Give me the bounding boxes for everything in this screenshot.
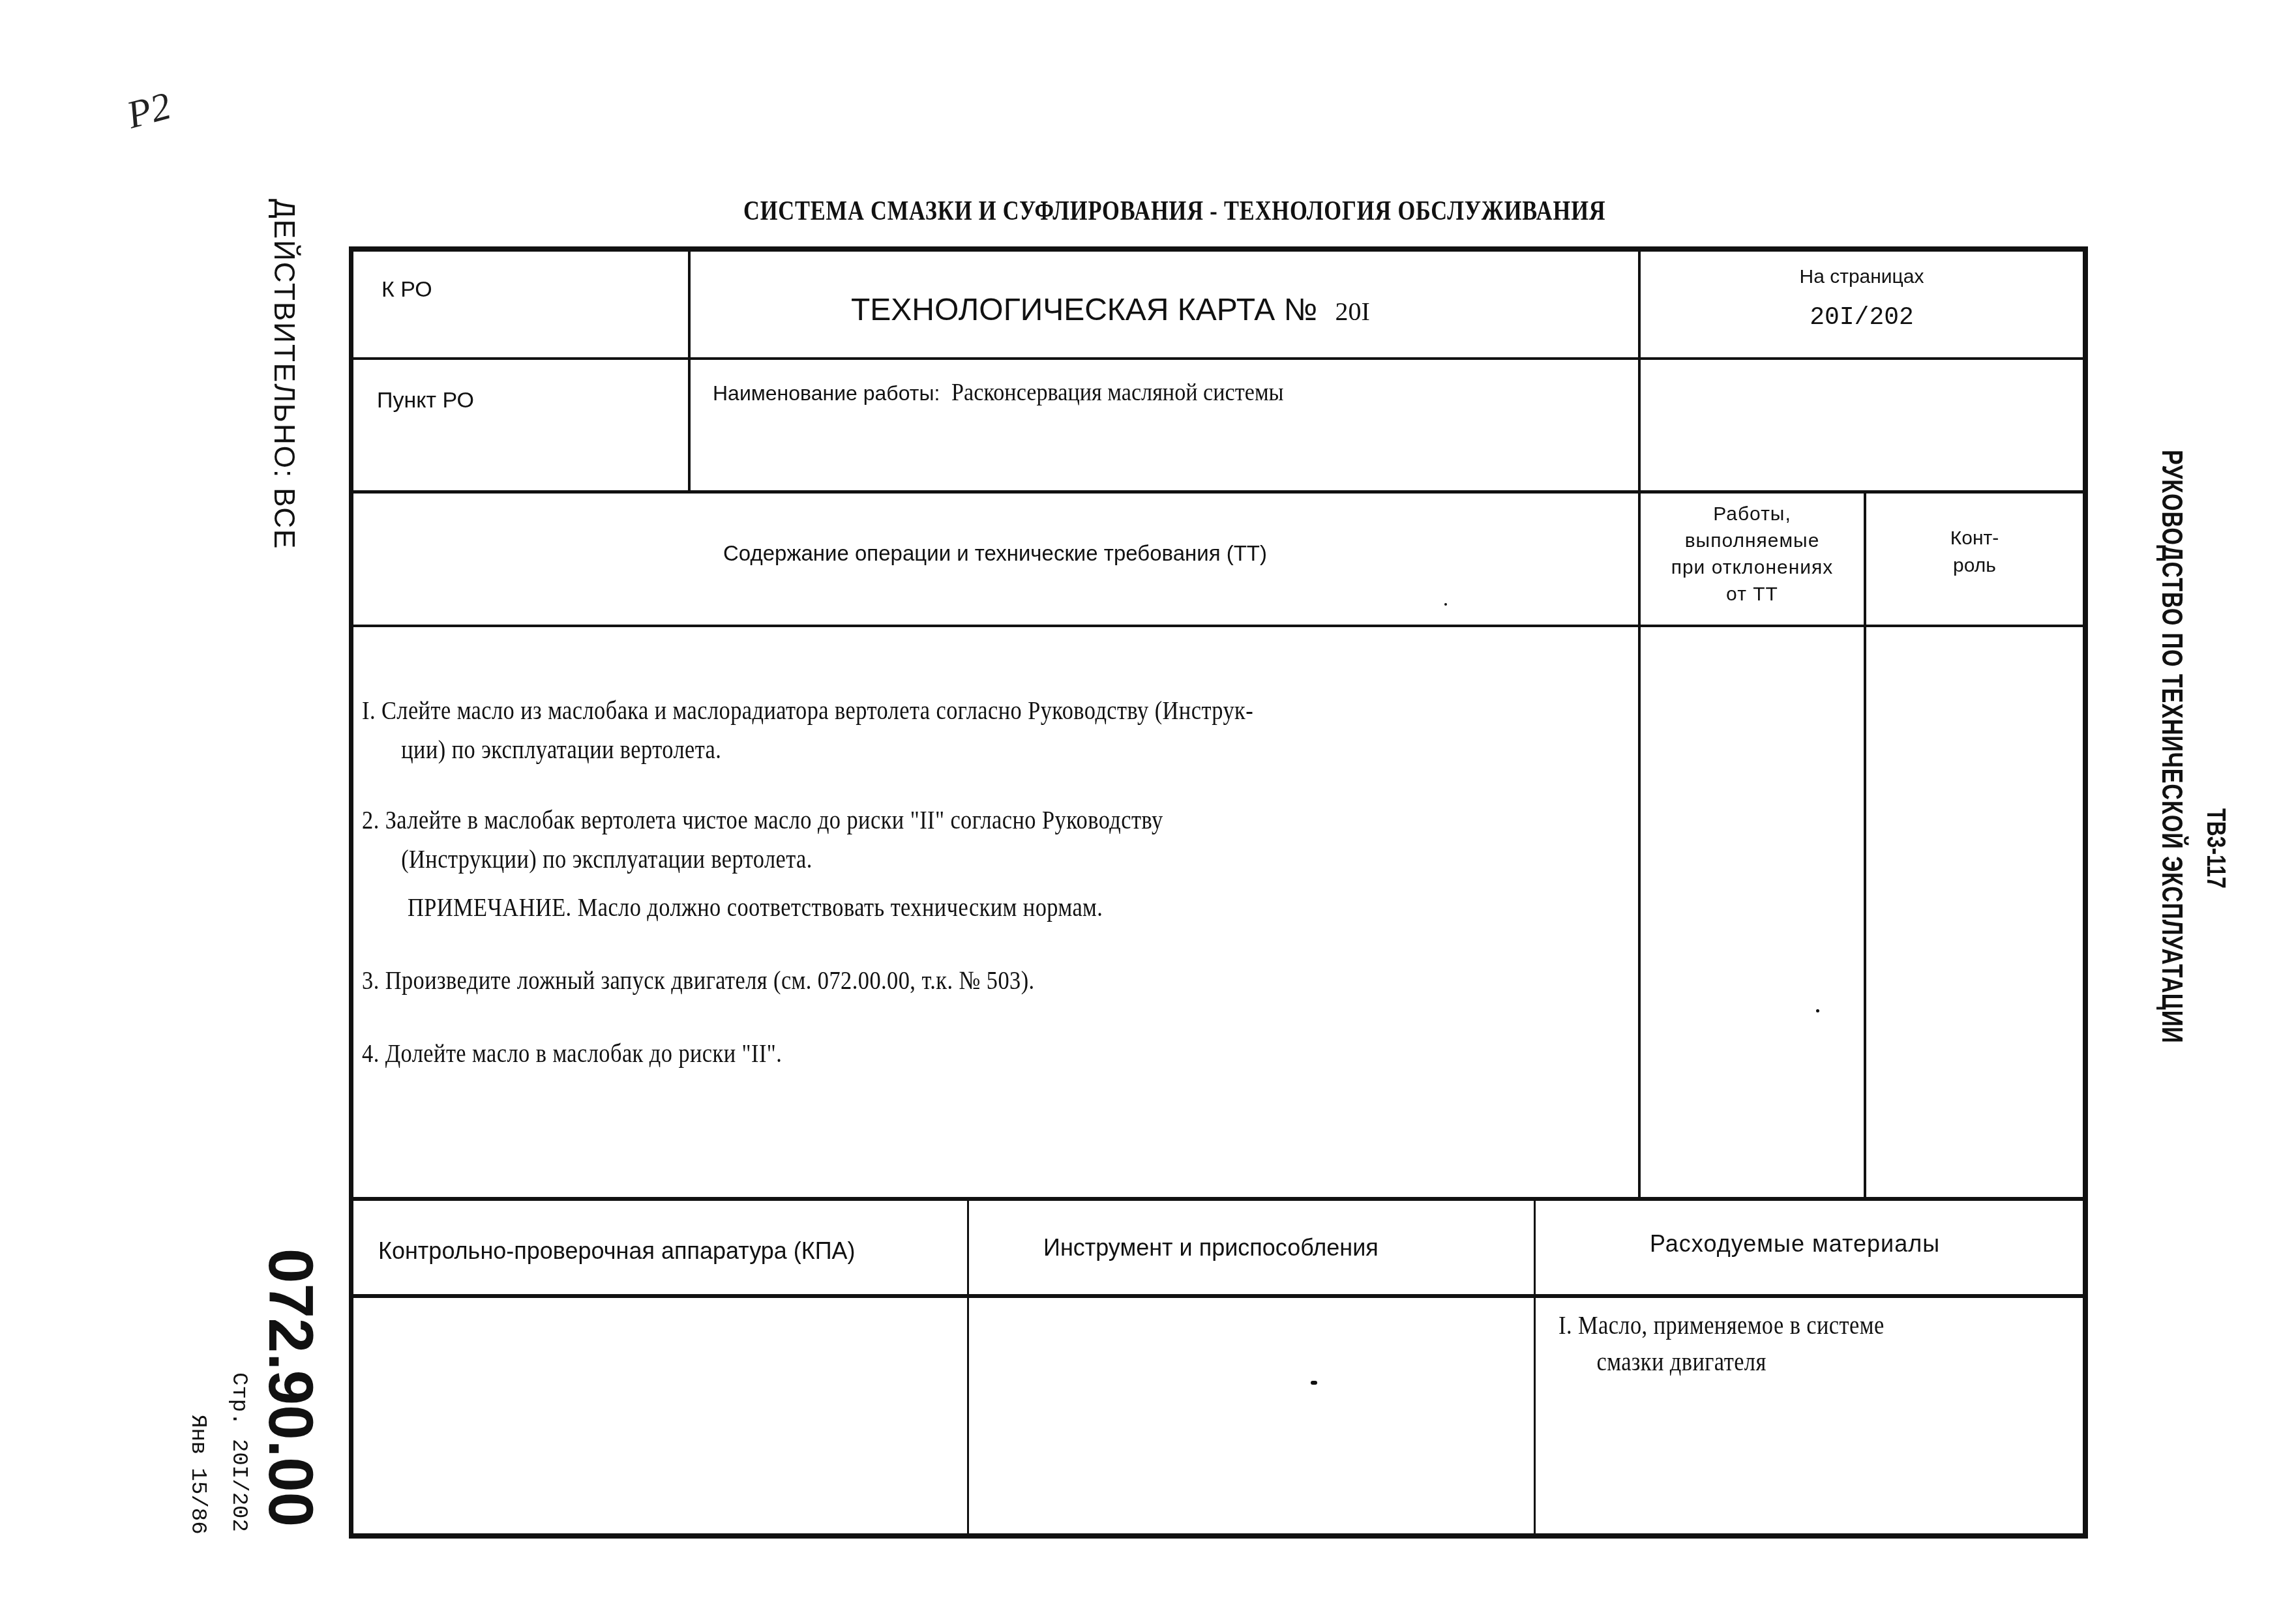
control-header: Конт- роль xyxy=(1866,525,2083,580)
deviation-header-line: от ТТ xyxy=(1641,581,1864,608)
card-title-text: ТЕХНОЛОГИЧЕСКАЯ КАРТА № xyxy=(851,293,1317,327)
deviation-header-line: выполняемые xyxy=(1641,527,1864,554)
control-header-line: роль xyxy=(1866,552,2083,580)
step-3: 3. Произведите ложный запуск двигателя (… xyxy=(362,965,1035,995)
manual-model: ТВ3-117 xyxy=(2201,808,2230,889)
kpa-cell xyxy=(352,1298,967,1533)
k-ro-label: К РО xyxy=(381,277,432,302)
step-2-line: (Инструкции) по эксплуатации вертолета. xyxy=(362,840,1163,879)
punkt-ro-label: Пункт РО xyxy=(377,388,474,413)
work-name: Наименование работы: Расконсервация масл… xyxy=(713,378,1320,407)
step-1-line: I. Слейте масло из маслобака и маслоради… xyxy=(362,691,1253,730)
manual-title: РУКОВОДСТВО ПО ТЕХНИЧЕСКОЙ ЭКСПЛУАТАЦИИ xyxy=(2155,450,2188,1044)
system-title: СИСТЕМА СМАЗКИ И СУФЛИРОВАНИЯ - ТЕХНОЛОГ… xyxy=(743,196,1605,227)
step-2: 2. Залейте в маслобак вертолета чистое м… xyxy=(362,801,1163,879)
tools-header: Инструмент и приспособления xyxy=(1043,1234,1379,1261)
card-number: 20I xyxy=(1335,297,1370,326)
step-1-line: ции) по эксплуатации вертолета. xyxy=(362,730,1253,769)
deviation-header-line: при отклонениях xyxy=(1641,554,1864,581)
tools-cell xyxy=(969,1298,1534,1533)
pages-value: 20I/202 xyxy=(1641,304,2083,332)
handwritten-mark: Р2 xyxy=(122,83,175,138)
revision-date: Янв 15/86 xyxy=(185,1415,210,1535)
scan-speck xyxy=(1444,603,1447,606)
content-header: Содержание операции и технические требов… xyxy=(352,541,1638,566)
materials-item-line: I. Масло, применяемое в системе xyxy=(1558,1307,1885,1344)
step-4: 4. Долейте масло в маслобак до риски "II… xyxy=(362,1038,782,1069)
materials-header: Расходуемые материалы xyxy=(1650,1230,1940,1258)
step-1: I. Слейте масло из маслобака и маслоради… xyxy=(362,691,1253,769)
work-name-label: Наименование работы: xyxy=(713,381,940,405)
step-note: ПРИМЕЧАНИЕ. Масло должно соответствовать… xyxy=(408,892,1103,922)
kpa-header: Контрольно-проверочная аппаратура (КПА) xyxy=(378,1237,856,1265)
control-header-line: Конт- xyxy=(1866,525,2083,552)
page-reference: Стр. 20I/202 xyxy=(226,1372,251,1532)
card-title: ТЕХНОЛОГИЧЕСКАЯ КАРТА № 20I xyxy=(851,292,1370,328)
pages-label: На страницах xyxy=(1641,266,2083,288)
work-name-value: Расконсервация масляной системы xyxy=(951,378,1284,407)
deviation-header: Работы, выполняемые при отклонениях от Т… xyxy=(1641,501,1864,608)
materials-item-line: смазки двигателя xyxy=(1558,1344,1885,1380)
validity-note: ДЕЙСТВИТЕЛЬНО: ВСЕ xyxy=(267,199,300,550)
deviation-header-line: Работы, xyxy=(1641,501,1864,527)
step-2-line: 2. Залейте в маслобак вертолета чистое м… xyxy=(362,801,1163,840)
materials-item-1: I. Масло, применяемое в системе смазки д… xyxy=(1558,1307,1885,1380)
scan-speck xyxy=(1816,1009,1819,1012)
section-code: 072.90.00 xyxy=(254,1248,326,1527)
scan-speck xyxy=(1311,1381,1317,1385)
